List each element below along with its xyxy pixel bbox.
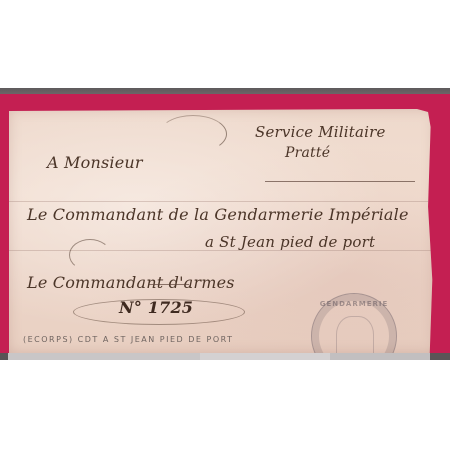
letter-paper: Service Militaire Pratté A Monsieur Le C… (9, 109, 434, 353)
strike-rule (149, 284, 189, 285)
flourish-decoration (69, 239, 111, 271)
service-mark-line2: Pratté (285, 145, 330, 161)
stamp-text: GENDARMERIE (312, 300, 396, 308)
photo-background: Service Militaire Pratté A Monsieur Le C… (0, 88, 450, 360)
bottom-edge-strip (0, 353, 450, 360)
address-line1: Le Commandant de la Gendarmerie Impérial… (27, 205, 409, 224)
paraph-flourish (73, 299, 245, 325)
salutation: A Monsieur (47, 153, 143, 172)
address-line3: Le Commandant d'armes (27, 273, 235, 292)
top-edge-strip (0, 88, 450, 94)
flourish-decoration (159, 115, 227, 153)
circular-postmark-stamp: GENDARMERIE (311, 293, 397, 379)
fold-line (9, 201, 434, 202)
pencil-annotation: (ECORPS) CDT A ST JEAN PIED DE PORT (23, 335, 233, 344)
address-line2: a St Jean pied de port (205, 233, 375, 251)
underline-rule (265, 181, 415, 182)
service-mark-line1: Service Militaire (255, 123, 386, 141)
